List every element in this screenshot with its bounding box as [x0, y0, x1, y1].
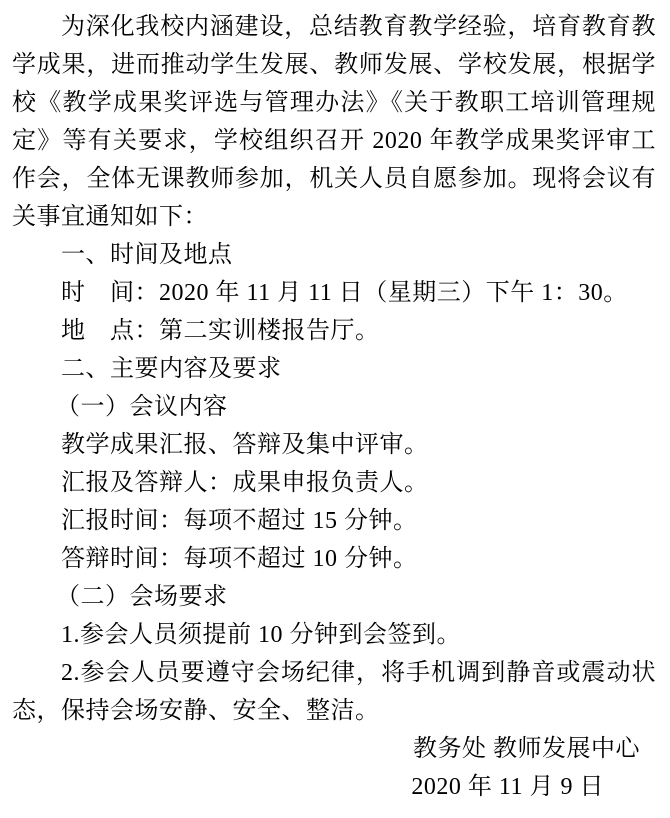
notice-document: 为深化我校内涵建设，总结教育教学经验，培育教育教学成果，进而推动学生发展、教师发…	[0, 0, 670, 818]
presenter-line: 汇报及答辩人：成果申报负责人。	[12, 464, 656, 502]
meeting-content-line: 教学成果汇报、答辩及集中评审。	[12, 426, 656, 464]
subsection-venue-requirements-heading: （二）会场要求	[12, 578, 656, 616]
meeting-time-line: 时 间：2020 年 11 月 11 日（星期三）下午 1：30。	[12, 274, 656, 312]
signature-department: 教务处 教师发展中心	[12, 730, 656, 768]
meeting-place-line: 地 点：第二实训楼报告厅。	[12, 312, 656, 350]
report-duration-line: 汇报时间：每项不超过 15 分钟。	[12, 502, 656, 540]
venue-requirement-item-1: 1.参会人员须提前 10 分钟到会签到。	[12, 616, 656, 654]
section2-heading: 二、主要内容及要求	[12, 350, 656, 388]
venue-requirement-item-2: 2.参会人员要遵守会场纪律，将手机调到静音或震动状态，保持会场安静、安全、整洁。	[12, 654, 656, 730]
defense-duration-line: 答辩时间：每项不超过 10 分钟。	[12, 540, 656, 578]
subsection-meeting-content-heading: （一）会议内容	[12, 388, 656, 426]
intro-paragraph: 为深化我校内涵建设，总结教育教学经验，培育教育教学成果，进而推动学生发展、教师发…	[12, 8, 656, 236]
section1-heading: 一、时间及地点	[12, 236, 656, 274]
signature-date: 2020 年 11 月 9 日	[12, 768, 656, 806]
